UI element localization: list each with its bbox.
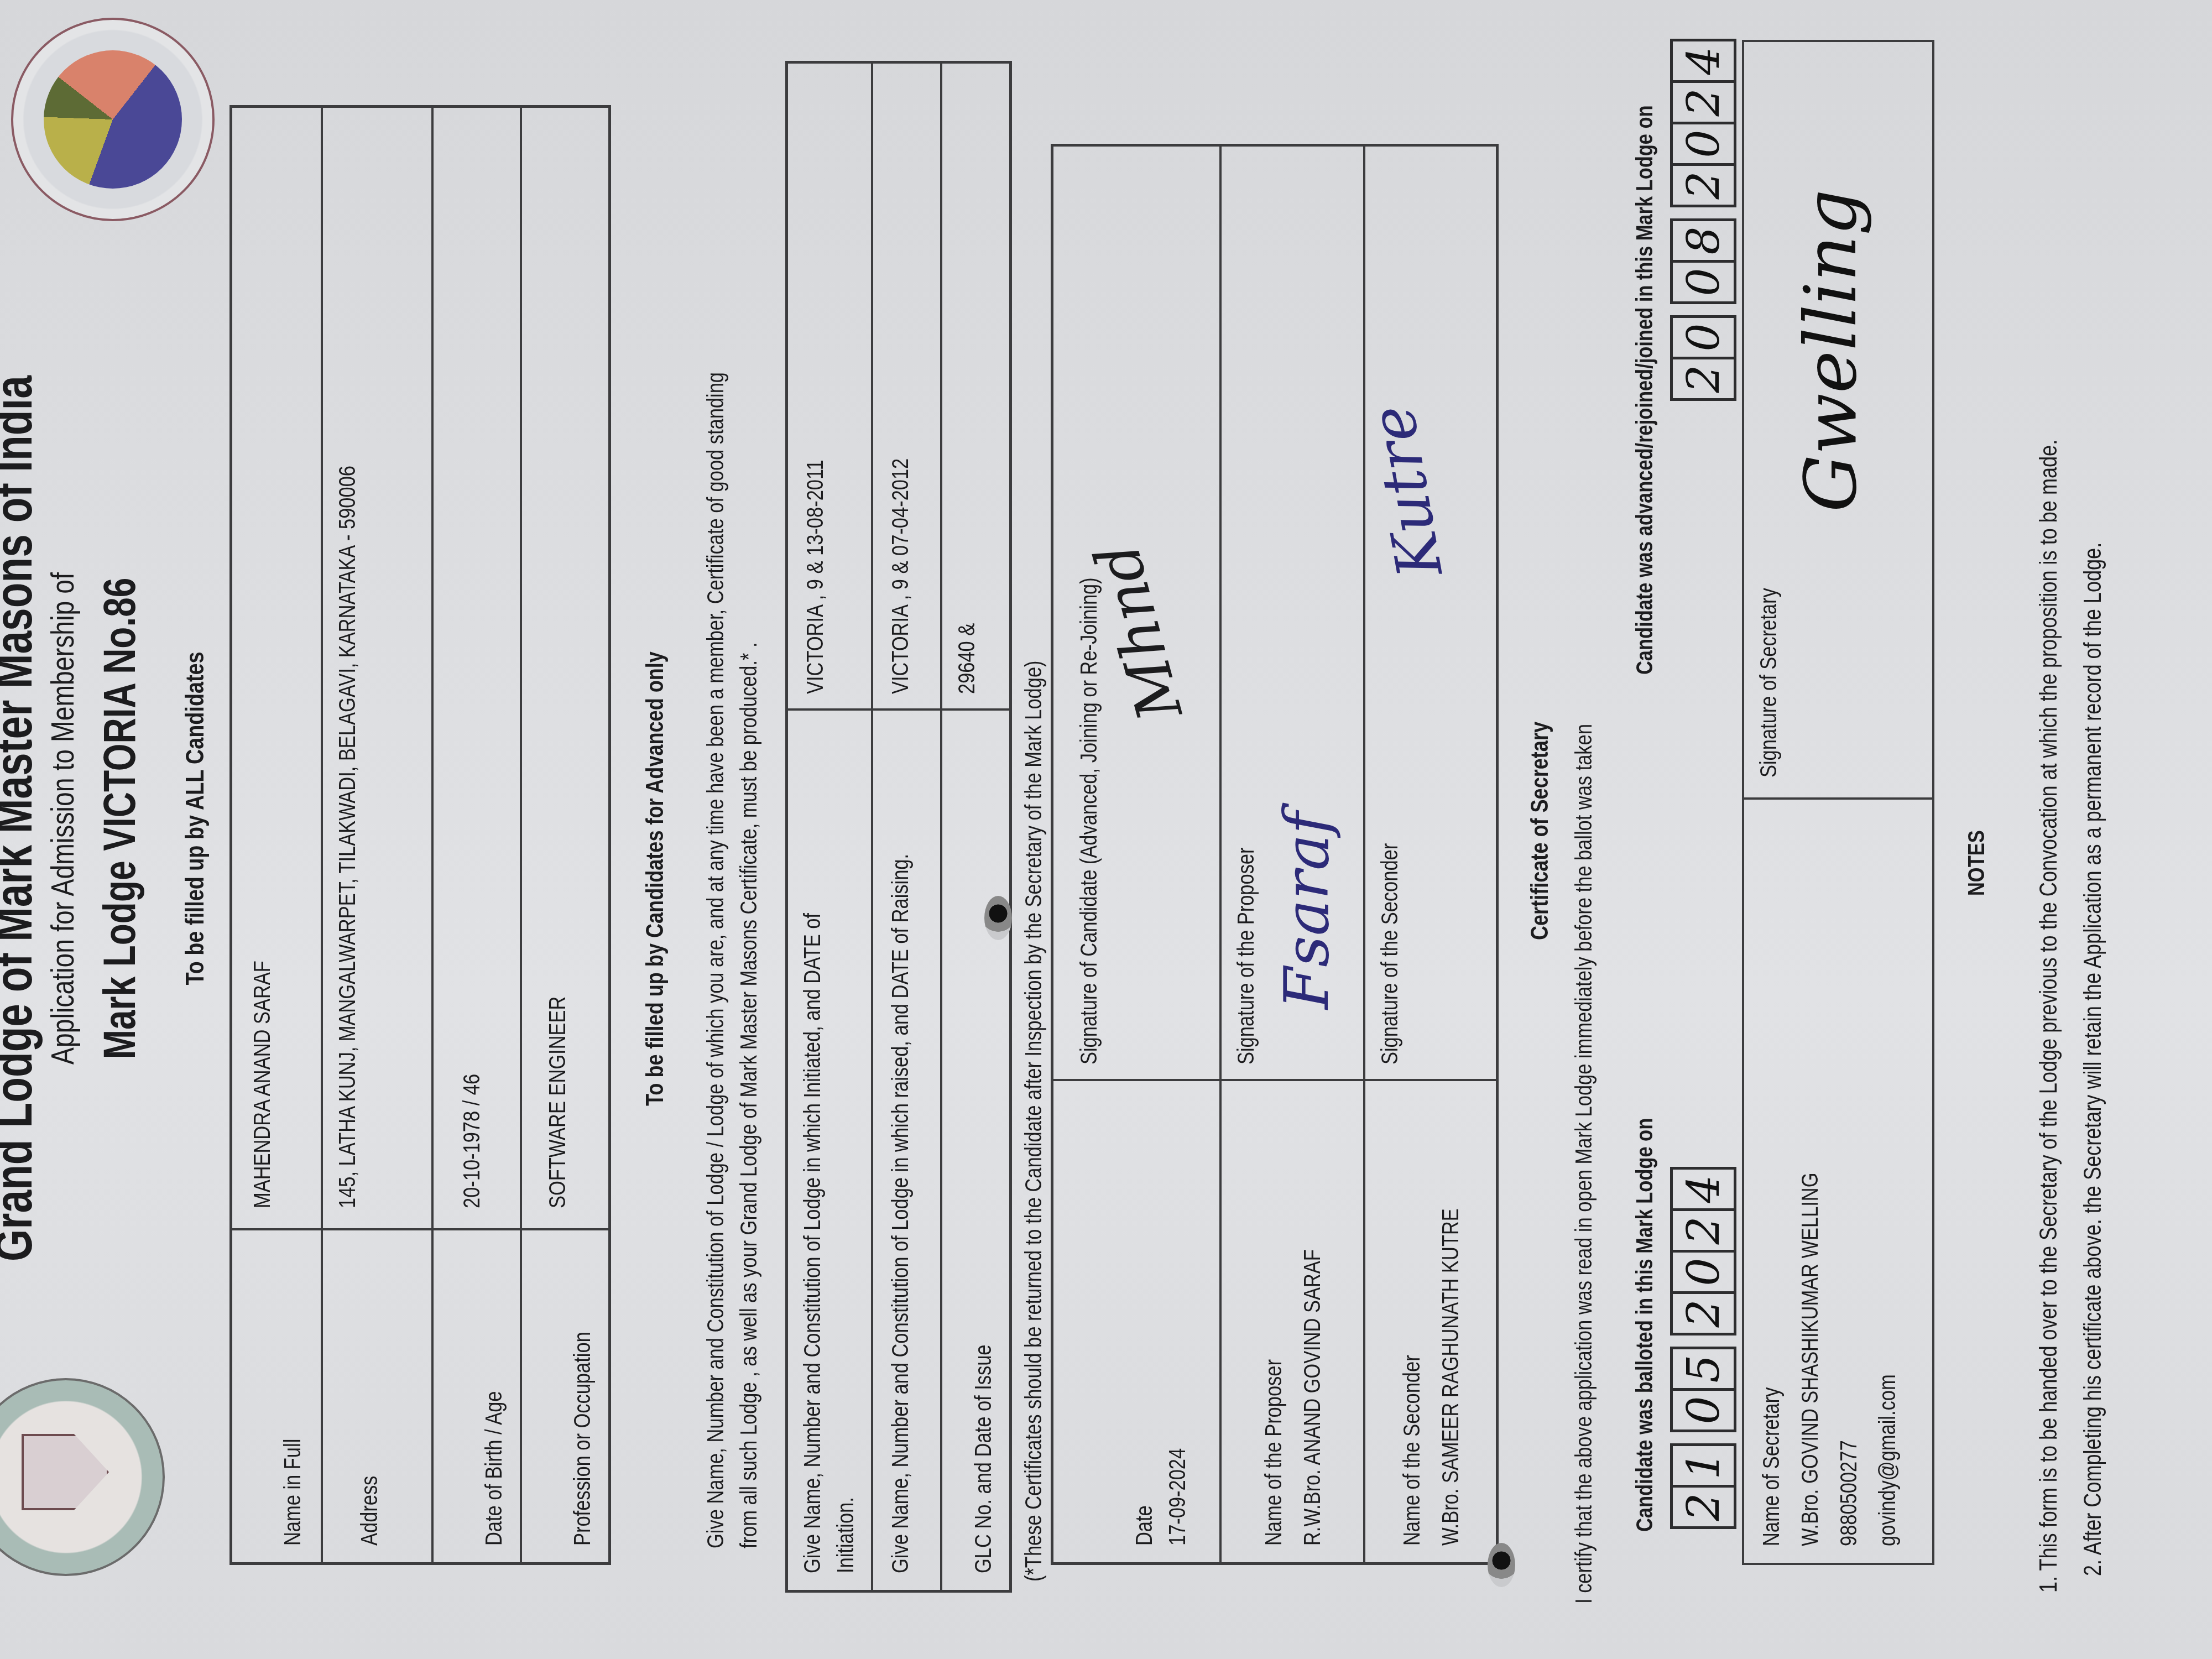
date-digit[interactable]: 2	[1670, 1208, 1736, 1253]
secretary-name[interactable]: W.Bro. GOVIND SHASHIKUMAR WELLING	[1797, 1172, 1823, 1546]
secretary-box: Name of Secretary W.Bro. GOVIND SHASHIKU…	[1742, 40, 1934, 1565]
signatures-table: Date 17-09-2024 Signature of Candidate (…	[1051, 144, 1499, 1565]
regional-lodge-logo-icon	[11, 18, 215, 221]
proposer-signature-label: Signature of the Proposer	[1233, 848, 1259, 1065]
form-title: Grand Lodge of Mark Master Masons of Ind…	[0, 344, 44, 1293]
profession-label: Profession or Occupation	[569, 1332, 596, 1546]
name-value[interactable]: MAHENDRA ANAND SARAF	[249, 961, 275, 1208]
glc-value[interactable]: 29640 &	[953, 623, 980, 694]
table-row: GLC No. and Date of Issue 29640 &	[940, 64, 1011, 1590]
date-digit[interactable]: 4	[1670, 39, 1736, 83]
secretary-phone[interactable]: 9880500277	[1835, 1440, 1862, 1546]
date-digit[interactable]: 4	[1670, 1167, 1736, 1211]
date-digit[interactable]: 2	[1670, 80, 1736, 124]
punch-hole	[1488, 1543, 1515, 1587]
dob-value[interactable]: 20-10-1978 / 46	[458, 1074, 485, 1208]
initiation-label: Give Name, Number and Constitution of Lo…	[799, 913, 826, 1573]
table-row: Date 17-09-2024 Signature of Candidate (…	[1053, 147, 1219, 1562]
date-digit[interactable]: 0	[1670, 315, 1736, 359]
seconder-signature[interactable]: Kutre	[1357, 400, 1456, 583]
initiation-value[interactable]: VICTORIA , 9 & 13-08-2011	[802, 460, 828, 694]
notes-heading: NOTES	[1963, 830, 1990, 896]
table-row: Profession or Occupation SOFTWARE ENGINE…	[520, 108, 611, 1562]
date-digit[interactable]: 2	[1670, 357, 1736, 401]
note-item: 1. This form is to be handed over to the…	[2035, 440, 2063, 1593]
date-digit[interactable]: 0	[1670, 260, 1736, 304]
proposer-signature[interactable]: Fsaraf	[1271, 812, 1342, 1009]
certificates-footnote: (*These Certificates should be returned …	[1020, 660, 1047, 1582]
date-digit[interactable]: 0	[1670, 1250, 1736, 1294]
address-label: Address	[356, 1476, 383, 1546]
initiation-label-cont: Initiation.	[832, 1497, 859, 1573]
date-value[interactable]: 17-09-2024	[1164, 1448, 1191, 1546]
advanced-instruction-1: Give Name, Number and Constitution of Lo…	[702, 372, 729, 1548]
table-row: Name of the Seconder W.Bro. SAMEER RAGHU…	[1363, 147, 1498, 1562]
shield-icon	[22, 1434, 109, 1510]
advanced-date-label: Candidate was advanced/rejoined/joined i…	[1631, 105, 1658, 675]
date-digit[interactable]: 1	[1670, 1443, 1736, 1488]
glc-label: GLC No. and Date of Issue	[970, 1344, 997, 1573]
secretary-name-label: Name of Secretary	[1758, 1387, 1785, 1546]
advanced-heading: To be filled up by Candidates for Advanc…	[641, 651, 669, 1106]
seconder-signature-label: Signature of the Seconder	[1376, 843, 1403, 1065]
table-row: Name of the Proposer R.W.Bro. ANAND GOVI…	[1219, 147, 1365, 1562]
certificate-heading: Certificate of Secretary	[1526, 722, 1554, 940]
table-row: Address 145, LATHA KUNJ, MANGALWARPET, T…	[321, 108, 434, 1562]
form-subtitle: Application for Admission to Membership …	[44, 332, 81, 1305]
date-digit[interactable]: 0	[1670, 122, 1736, 166]
profession-value[interactable]: SOFTWARE ENGINEER	[544, 997, 571, 1208]
seconder-name-label: Name of the Seconder	[1399, 1355, 1425, 1546]
date-digit[interactable]: 0	[1670, 1388, 1736, 1432]
punch-hole	[984, 896, 1012, 940]
advanced-date-field[interactable]: 2 0 0 8 2 0 2 4	[1670, 39, 1736, 398]
certificate-statement: I certify that the above application was…	[1571, 724, 1597, 1604]
table-row: Give Name, Number and Constitution of Lo…	[788, 64, 871, 1590]
table-row: Date of Birth / Age 20-10-1978 / 46	[431, 108, 522, 1562]
table-row: Give Name, Number and Constitution of Lo…	[871, 64, 942, 1590]
keystone-icon	[44, 50, 182, 189]
date-digit[interactable]: 2	[1670, 1485, 1736, 1529]
date-label: Date	[1131, 1505, 1157, 1546]
date-digit[interactable]: 2	[1670, 163, 1736, 207]
all-candidates-heading: To be filled up by ALL Candidates	[180, 320, 210, 1317]
lodge-name: Mark Lodge VICTORIA No.86	[94, 344, 146, 1293]
date-digit[interactable]: 2	[1670, 1291, 1736, 1335]
balloted-label: Candidate was balloted in this Mark Lodg…	[1631, 1118, 1658, 1532]
date-digit[interactable]: 5	[1670, 1347, 1736, 1391]
proposer-name-label: Name of the Proposer	[1260, 1359, 1287, 1546]
all-candidates-table: Name in Full MAHENDRA ANAND SARAF Addres…	[229, 105, 611, 1565]
advanced-instruction-2: from all such Lodge , as well as your Gr…	[735, 642, 762, 1548]
balloted-date-field[interactable]: 2 1 0 5 2 0 2 4	[1670, 1167, 1736, 1526]
grand-lodge-logo-icon	[0, 1378, 165, 1576]
name-label: Name in Full	[279, 1439, 306, 1546]
seconder-name[interactable]: W.Bro. SAMEER RAGHUNATH KUTRE	[1437, 1208, 1464, 1546]
address-value[interactable]: 145, LATHA KUNJ, MANGALWARPET, TILAKWADI…	[334, 466, 361, 1208]
proposer-name[interactable]: R.W.Bro. ANAND GOVIND SARAF	[1299, 1249, 1326, 1546]
table-row: Name in Full MAHENDRA ANAND SARAF	[232, 108, 321, 1562]
application-form-page: Grand Lodge of Mark Master Masons of Ind…	[0, 0, 2212, 1659]
secretary-signature[interactable]: Gwelling	[1788, 189, 1872, 512]
note-item: 2. After Completing his certificate abov…	[2079, 542, 2107, 1576]
raising-value[interactable]: VICTORIA , 9 & 07-04-2012	[887, 458, 914, 694]
secretary-email[interactable]: govindy@gmail.com	[1874, 1374, 1901, 1546]
dob-label: Date of Birth / Age	[481, 1391, 507, 1546]
date-digit[interactable]: 8	[1670, 218, 1736, 263]
raising-label: Give Name, Number and Constitution of Lo…	[887, 854, 914, 1573]
secretary-signature-label: Signature of Secretary	[1755, 588, 1782, 778]
candidate-signature-label: Signature of Candidate (Advanced, Joinin…	[1076, 577, 1102, 1065]
lodge-history-table: Give Name, Number and Constitution of Lo…	[785, 61, 1012, 1593]
